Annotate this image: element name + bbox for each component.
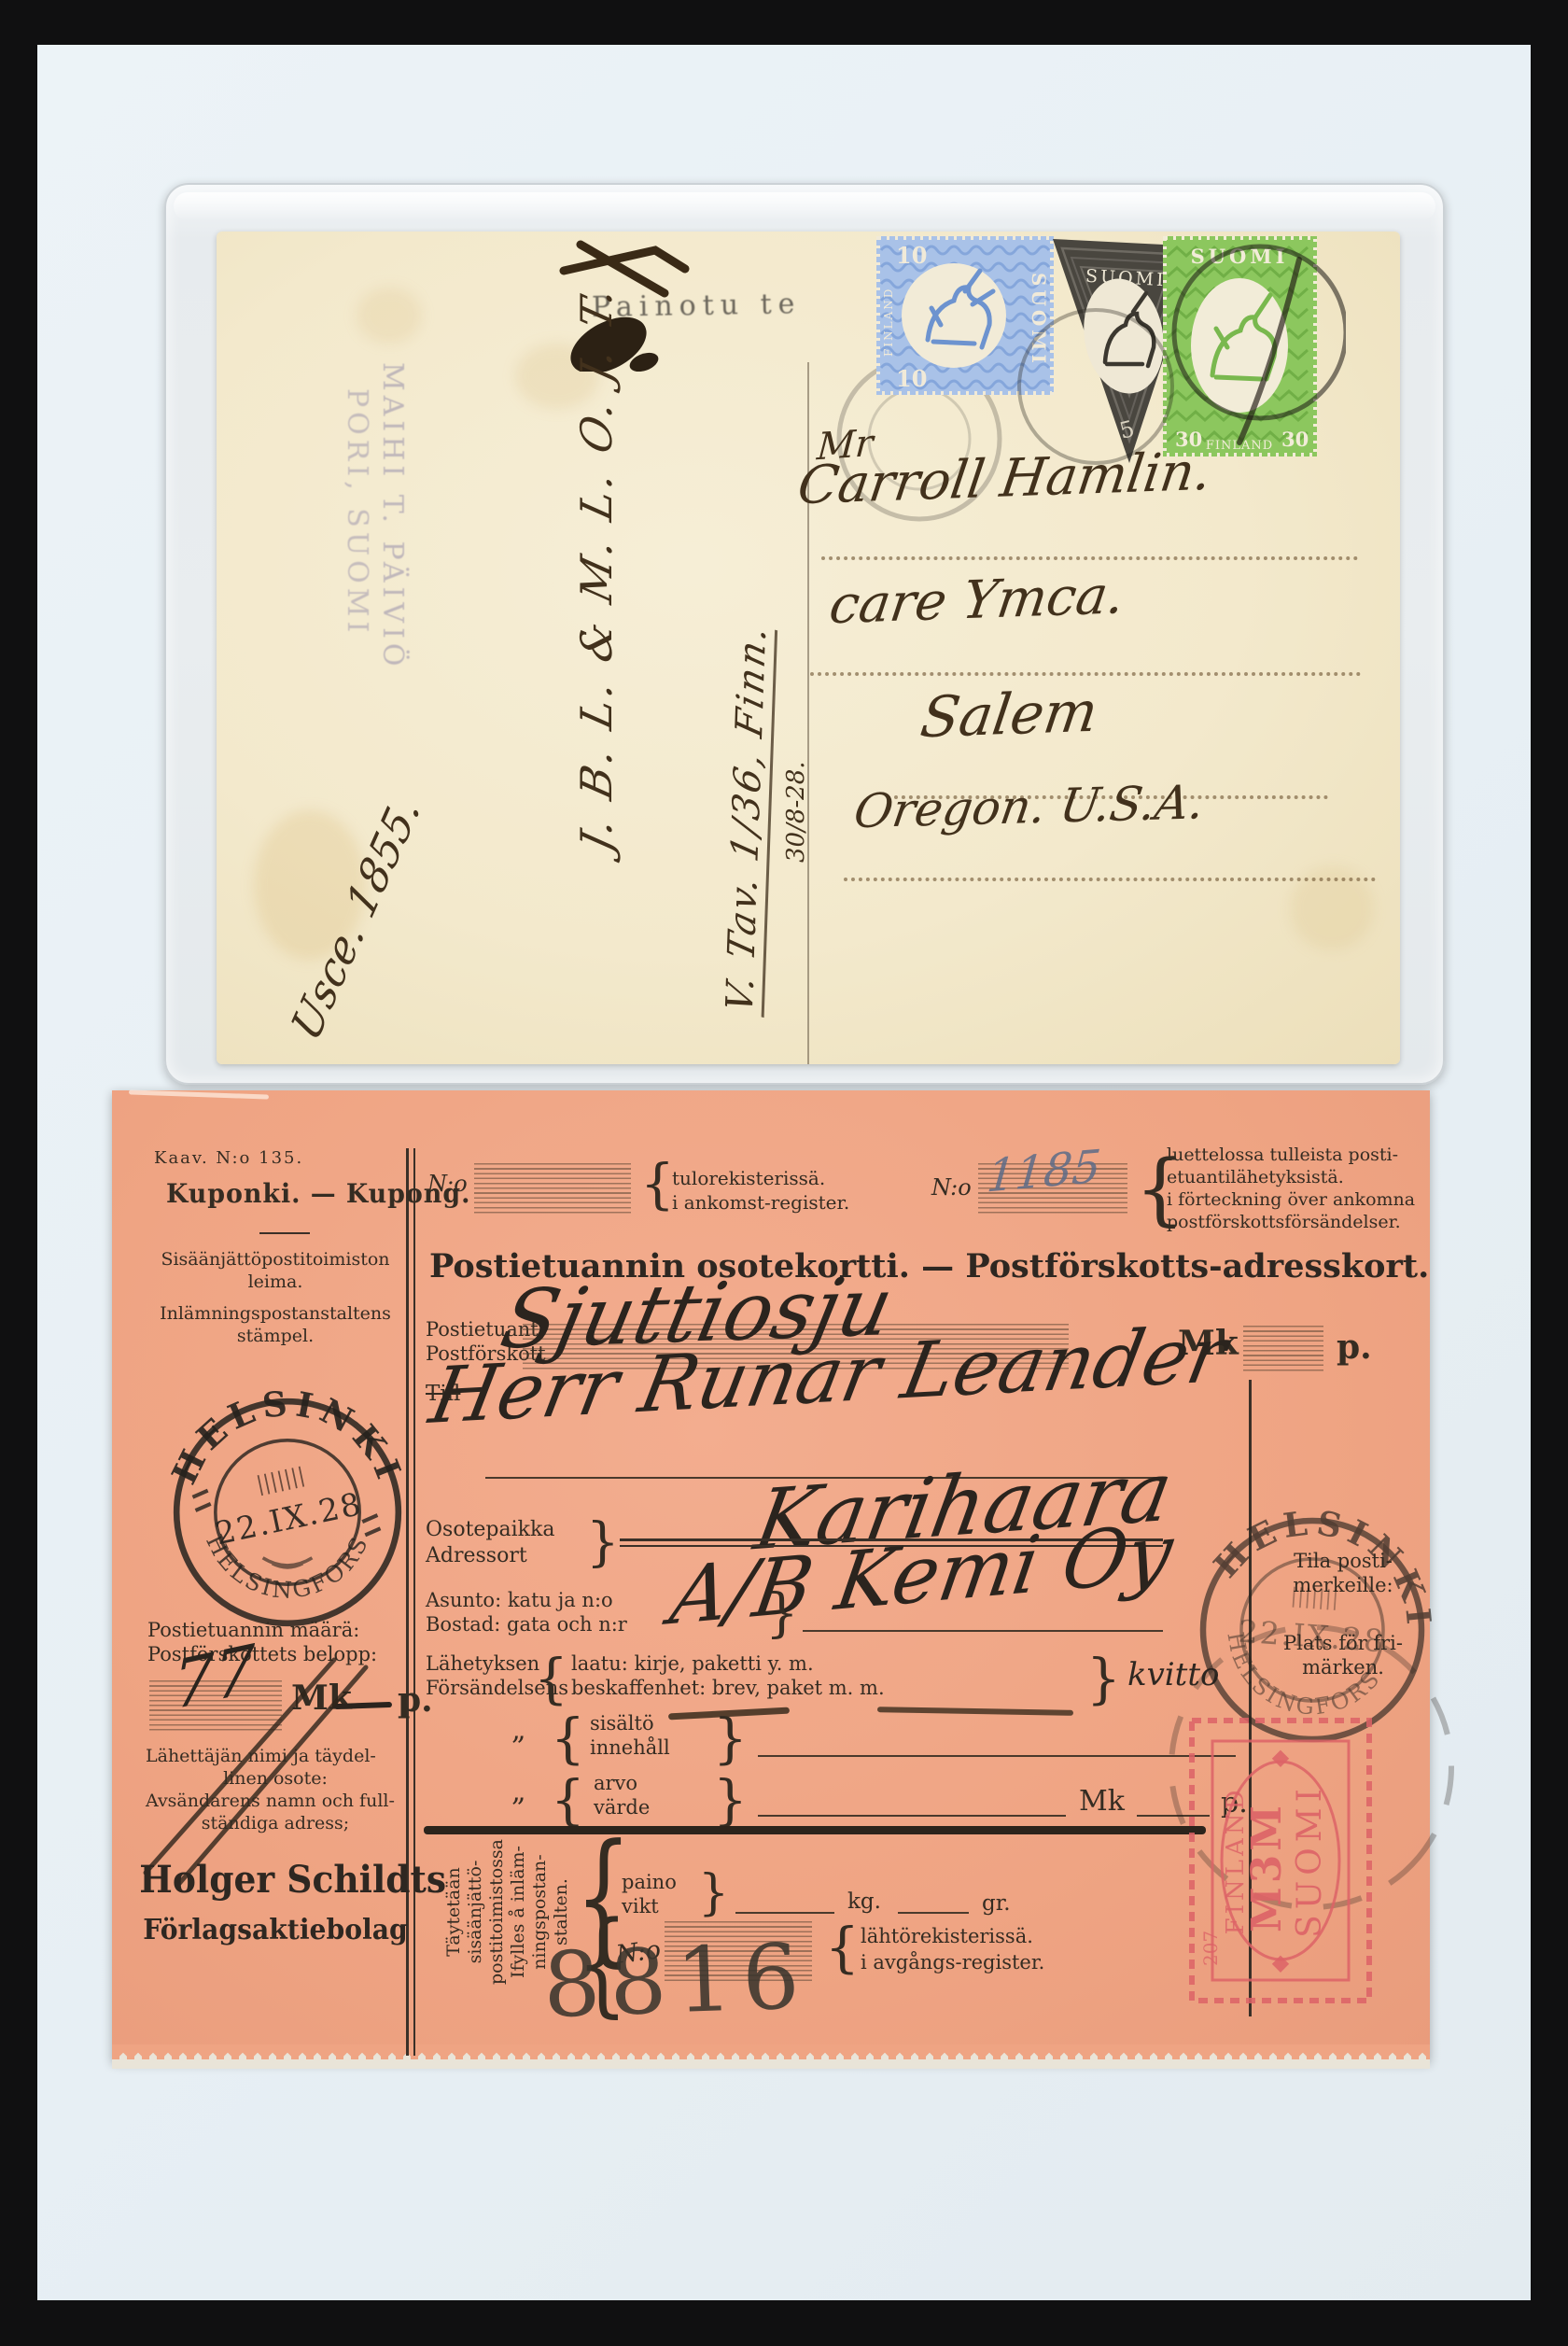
section-rule [424, 1826, 1206, 1834]
brace: } [765, 1583, 799, 1644]
posthorn-icon [263, 1558, 313, 1567]
address-line: Salem [917, 679, 1101, 751]
postmark-helsinki: HELSINKI HELSINGFORS ||||||| 22.IX.28 [166, 1391, 409, 1634]
sender-company-name: Holger Schildts [139, 1858, 411, 1902]
office-use-line: Ifylles å inläm- [508, 1837, 529, 1987]
sender-label-sv: ständiga adress; [140, 1813, 411, 1833]
address-ruled-line [810, 672, 1361, 676]
kind-label: laatu: kirje, paketti y. m. [571, 1652, 814, 1675]
coupon-title: Kuponki. — Kupong. [166, 1178, 470, 1209]
currency-label: Mk [1079, 1785, 1125, 1818]
value-line [758, 1815, 1066, 1817]
arrival-list-label: etuantilähetyksistä. [1167, 1167, 1344, 1187]
street-label-sv: Bostad: gata och n:r [426, 1613, 627, 1636]
postmark-hash: ||||||| [1290, 1584, 1340, 1611]
content-label-sv: innehåll [590, 1736, 670, 1759]
meter-value: M3M [1243, 1802, 1291, 1932]
brace: { [534, 1647, 568, 1710]
place-label-sv: Adressort [426, 1544, 527, 1567]
brace: } [1086, 1647, 1121, 1710]
gr-label: gr. [982, 1891, 1011, 1916]
address-line: care Ymca. [826, 565, 1128, 636]
registration-number: 8816 [541, 1924, 810, 2038]
postmark-date: 22.IX.28 [212, 1485, 366, 1552]
stampel-label: stämpel. [140, 1326, 411, 1346]
perforated-edge [112, 2044, 1430, 2059]
brace: } [586, 1512, 620, 1573]
sender-label-sv: Avsändarens namn och full- [146, 1791, 395, 1811]
register-label-sv: i ankomst-register. [672, 1191, 849, 1214]
meter-diamond: ◆ [1272, 1949, 1290, 1975]
no-label: N:o [427, 1171, 468, 1197]
meter-country: SUOMI [1291, 1783, 1329, 1938]
penni-label: p. [1337, 1328, 1372, 1367]
weight-line [898, 1912, 969, 1914]
register-label: tulorekisterissä. [672, 1167, 825, 1189]
postmark-hash: ||||||| [254, 1463, 307, 1496]
value-label: arvo [594, 1772, 637, 1794]
leima-label: Sisäänjättöpostitoimiston [140, 1249, 411, 1270]
kg-label: kg. [847, 1889, 881, 1914]
brace: } [713, 1707, 748, 1770]
sender-company-type: Förlagsaktiebolag [139, 1914, 411, 1946]
consignment-label: Lähetyksen [426, 1652, 539, 1675]
arrival-list-label-sv: i förteckning över ankomna [1167, 1189, 1415, 1210]
office-use-line: postitoimistossa [486, 1837, 508, 1987]
stain [357, 288, 422, 344]
address-line: Oregon. U.S.A. [850, 775, 1208, 838]
stampel-label: Inlämningspostanstaltens [140, 1303, 411, 1324]
leima-label: leima. [140, 1271, 411, 1292]
street-line [803, 1630, 1163, 1632]
sender-label: Lähettäjän nimi ja täydel- [146, 1746, 376, 1766]
sender-label: linen osote: [140, 1768, 411, 1789]
scan-page: Painotu te [0, 0, 1568, 2346]
meter-number: 207 [1199, 1931, 1222, 1966]
ditto-mark: „ [511, 1776, 526, 1808]
arrival-list-label-sv: postförskottsförsändelser. [1167, 1212, 1401, 1232]
kind-label-sv: beskaffenhet: brev, paket m. m. [571, 1677, 885, 1699]
street-label: Asunto: katu ja n:o [426, 1589, 613, 1611]
no-box [474, 1163, 631, 1215]
address-ruled-line [821, 556, 1358, 560]
form-number-label: Kaav. N:o 135. [154, 1148, 303, 1168]
brace: { [551, 1707, 585, 1770]
column-rule [413, 1148, 415, 2056]
handwriting-note-2: V. Tav. 1/36, Finn. [719, 619, 777, 1018]
office-use-line: Täytetään [443, 1837, 465, 1987]
meter-diamond: ◆ [1272, 1744, 1290, 1770]
postal-form: Kaav. N:o 135. Kuponki. — Kupong. Sisään… [112, 1090, 1430, 2061]
faint-violet-stamp-line: PORI, SUOMI [341, 388, 373, 637]
pen-x-mark [545, 232, 713, 372]
no-value: 1185 [985, 1140, 1103, 1202]
content-label: sisältö [590, 1712, 654, 1735]
weight-line [735, 1912, 834, 1914]
ditto-mark: „ [511, 1714, 526, 1747]
meter-stamp-red: ◆ ◆ SUOMI M3M FINLAND 207 [1187, 1716, 1374, 2005]
brace: } [698, 1865, 729, 1921]
pen-dash [877, 1707, 1073, 1716]
sleeve-gloss [174, 192, 1435, 220]
divider-rule [259, 1232, 310, 1234]
weight-label: paino [622, 1871, 677, 1893]
brace: { [825, 1916, 860, 1979]
fold-mark [129, 1089, 269, 1099]
meter-country-2: FINLAND [1222, 1787, 1250, 1935]
place-label: Osotepaikka [426, 1518, 554, 1541]
no-label-2: N:o [931, 1174, 972, 1201]
office-use-line: sisäänjättö- [465, 1837, 486, 1987]
brace: { [640, 1152, 675, 1215]
faint-violet-stamp-line: MAIHI T. PÄIVIÖ [376, 362, 409, 671]
out-register-label: lähtörekisterissä. [861, 1925, 1033, 1947]
handwriting-note-1: J. B. L. & M. L. O. J. T. [571, 278, 622, 856]
date-note: 30/8-28. [782, 761, 810, 863]
arrival-list-label: luettelossa tulleista posti- [1167, 1145, 1398, 1165]
brace: } [713, 1768, 748, 1832]
mk-box [1243, 1326, 1323, 1372]
address-ruled-line [844, 878, 1376, 881]
out-register-label-sv: i avgångs-register. [861, 1951, 1044, 1974]
postcard: Painotu te [217, 232, 1400, 1064]
